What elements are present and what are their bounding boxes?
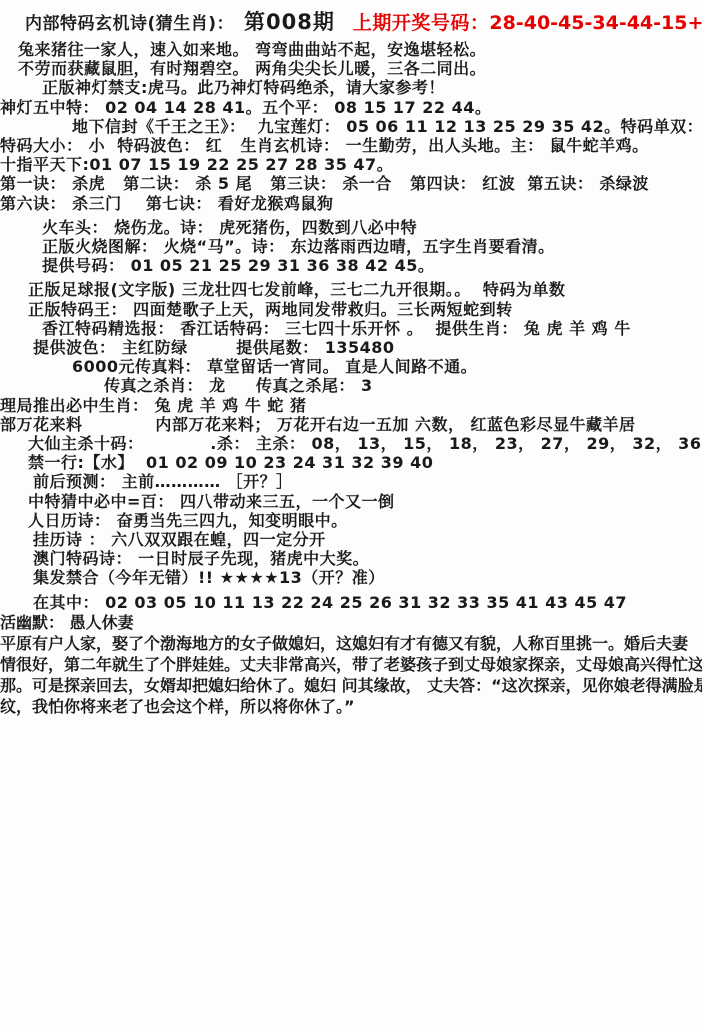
- story-line-4: 纹，我怕你将来老了也会这个样，所以将你休了。”: [0, 696, 702, 717]
- line-football-paper: 正版足球报(文字版) 三龙壮四七发前峰，三七二九开很期。。 特码为单数: [0, 280, 702, 299]
- page-header: 内部特码玄机诗(猜生肖)： 第008期 上期开奖号码：28-40-45-34-4…: [0, 0, 702, 36]
- line-shendeng-five-special: 神灯五中特： 02 04 14 28 41。五个平： 08 15 17 22 4…: [0, 98, 702, 117]
- line-macau-special-poem: 澳门特码诗： 一日时辰子先现，猪虎中大奖。: [0, 549, 702, 568]
- humor-story: 活幽默： 愚人休妻 平原有户人家，娶了个渤海地方的女子做媳妇，这媳妇有才有德又有…: [0, 612, 702, 717]
- story-line-3: 那。可是探亲回去，女婿却把媳妇给休了。媳妇 问其缘故， 丈夫答：“这次探亲，见你…: [0, 675, 702, 696]
- line-tips-6-7: 第六诀： 杀三门 第七诀： 看好龙猴鸡鼠狗: [0, 194, 702, 213]
- last-draw-result: 上期开奖号码：28-40-45-34-44-15+41: [353, 8, 702, 35]
- content-lines: 兔来猪往一家人，速入如来地。 弯弯曲曲站不起，安逸堪轻松。 不劳而获藏鼠胆，有时…: [0, 40, 702, 612]
- line-provided-numbers: 提供号码： 01 05 21 25 29 31 36 38 42 45。: [0, 256, 702, 275]
- line-xiangjiang-special: 香江特码精选报： 香江话特码： 三七四十乐开怀 。 提供生肖： 兔 虎 羊 鸡 …: [0, 319, 702, 338]
- line-fax-6000: 6000元传真料： 草堂留话一宵同。 直是人间路不通。: [0, 357, 702, 376]
- line-special-king: 正版特码王： 四面楚歌子上天，两地同发带救归。三长两短蛇到转: [0, 300, 702, 319]
- line-underground-envelope: 地下信封《千王之王》： 九宝莲灯： 05 06 11 12 13 25 29 3…: [0, 117, 702, 136]
- line-tips-1-5: 第一诀： 杀虎 第二诀： 杀 5 尾 第三诀： 杀一合 第四诀： 红波 第五诀：…: [0, 174, 702, 193]
- line-zodiac-poem-2: 不劳而获藏鼠胆，有时翔碧空。 两角尖尖长儿暖，三各二同出。: [0, 59, 702, 78]
- line-bureau-zodiac: 理局推出必中生肖： 兔 虎 羊 鸡 牛 蛇 猪: [0, 396, 702, 415]
- line-calendar-poem: 人日历诗： 奋勇当先三四九，知变明眼中。: [0, 511, 702, 530]
- line-daxian-kill-ten: 大仙主杀十码： .杀： 主杀： 08， 13， 15， 18， 23， 27， …: [0, 434, 702, 453]
- line-wanhua-material: 部万花来料 内部万花来料； 万花开右边一五加 六数， 红蓝色彩尽显牛藏羊居: [0, 415, 702, 434]
- issue-number: 第008期: [244, 6, 335, 36]
- line-train-head: 火车头： 烧伤龙。诗： 虎死猪伤，四数到八必中特: [0, 218, 702, 237]
- line-wall-calendar-poem: 挂历诗 ： 六八双双跟在蝗，四一定分开: [0, 530, 702, 549]
- line-fire-diagram: 正版火烧图解： 火烧“马”。诗： 东边落雨西边晴，五字生肖要看清。: [0, 237, 702, 256]
- story-line-2: 情很好，第二年就生了个胖娃娃。丈夫非常高兴，带了老婆孩子到丈母娘家探亲，丈母娘高…: [0, 654, 702, 675]
- story-line-1: 平原有户人家，娶了个渤海地方的女子做媳妇，这媳妇有才有德又有貌，人称百里挑一。婚…: [0, 633, 702, 654]
- lottery-tip-sheet: 内部特码玄机诗(猜生肖)： 第008期 上期开奖号码：28-40-45-34-4…: [0, 0, 702, 1031]
- line-wave-color-tails: 提供波色： 主红防绿 提供尾数： 135480: [0, 338, 702, 357]
- line-special-size-color: 特码大小： 小 特码波色： 红 生肖玄机诗： 一生勤劳，出人头地。主： 鼠牛蛇羊…: [0, 136, 702, 155]
- story-title: 活幽默： 愚人休妻: [0, 612, 702, 633]
- line-in-it-numbers: 在其中： 02 03 05 10 11 13 22 24 25 26 31 32…: [0, 593, 702, 612]
- last-draw-label: 上期开奖号码：: [353, 12, 490, 34]
- last-draw-numbers: 28-40-45-34-44-15+41: [489, 12, 702, 34]
- line-jifa-ban: 集发禁合（今年无错）!! ★★★★13（开？准）: [0, 568, 702, 587]
- line-shendeng-ban: 正版神灯禁支:虎马。此乃神灯特码绝杀，请大家参考！: [0, 78, 702, 97]
- line-mid-special-guess: 中特猜中必中=百： 四八带动来三五，一个又一倒: [0, 492, 702, 511]
- line-ban-one-row: 禁一行:【水】 01 02 09 10 23 24 31 32 39 40: [0, 453, 702, 472]
- page-title: 内部特码玄机诗(猜生肖)：: [25, 9, 234, 34]
- line-ten-fingers: 十指平天下:01 07 15 19 22 25 27 28 35 47。: [0, 155, 702, 174]
- line-fax-kills: 传真之杀肖： 龙 传真之杀尾： 3: [0, 376, 702, 395]
- line-zodiac-poem-1: 兔来猪往一家人，速入如来地。 弯弯曲曲站不起，安逸堪轻松。: [0, 40, 702, 59]
- line-forecast: 前后预测： 主前………… ［开？］: [0, 472, 702, 491]
